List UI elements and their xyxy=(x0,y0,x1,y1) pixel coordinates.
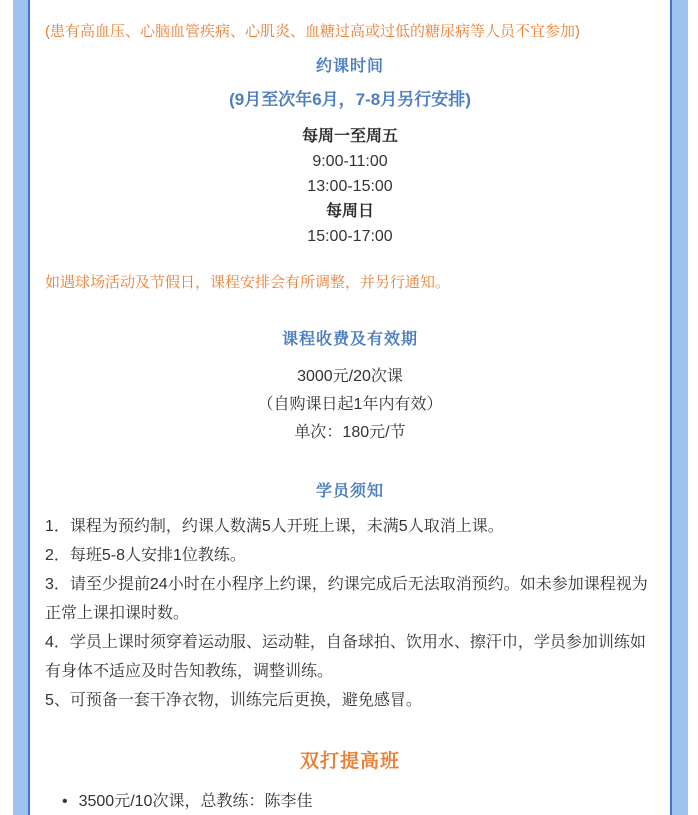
note-item-2: 2．每班5-8人安排1位教练。 xyxy=(45,541,655,570)
schedule-days-weekday: 每周一至周五 xyxy=(45,124,655,149)
price-package: 3000元/20次课 xyxy=(45,363,655,391)
schedule-days-sunday: 每周日 xyxy=(45,199,655,224)
note-item-4: 4．学员上课时须穿着运动服、运动鞋，自备球拍、饮用水、擦汗巾，学员参加训练如有身… xyxy=(45,628,655,686)
price-validity: （自购课日起1年内有效） xyxy=(45,391,655,419)
student-notes-heading: 学员须知 xyxy=(45,482,655,502)
article-content: (患有高血压、心脑血管疾病、心肌炎、血糖过高或过低的糖尿病等人员不宜参加) 约课… xyxy=(30,0,670,813)
student-notes-list: 1．课程为预约制，约课人数满5人开班上课，未满5人取消上课。 2．每班5-8人安… xyxy=(45,512,655,715)
bullet-icon: • xyxy=(62,791,68,813)
note-item-3: 3．请至少提前24小时在小程序上约课，约课完成后无法取消预约。如未参加课程视为正… xyxy=(45,570,655,628)
left-border-strip xyxy=(13,0,30,815)
booking-time-heading: 约课时间 xyxy=(45,57,655,77)
doubles-class-bullet-item: • 3500元/10次课，总教练：陈李佳 xyxy=(45,791,655,813)
note-item-5: 5、可预备一套干净衣物，训练完后更换，避免感冒。 xyxy=(45,686,655,715)
price-single-session: 单次：180元/节 xyxy=(45,419,655,447)
schedule-time-afternoon: 13:00-15:00 xyxy=(45,174,655,199)
health-warning-note: (患有高血压、心脑血管疾病、心肌炎、血糖过高或过低的糖尿病等人员不宜参加) xyxy=(45,22,655,42)
doubles-class-heading: 双打提高班 xyxy=(45,750,655,773)
schedule-block: 每周一至周五 9:00-11:00 13:00-15:00 每周日 15:00-… xyxy=(45,124,655,249)
adjustment-notice: 如遇球场活动及节假日，课程安排会有所调整，并另行通知。 xyxy=(45,273,655,293)
article-page: (患有高血压、心脑血管疾病、心肌炎、血糖过高或过低的糖尿病等人员不宜参加) 约课… xyxy=(0,0,698,815)
schedule-time-sunday: 15:00-17:00 xyxy=(45,224,655,249)
schedule-time-morning: 9:00-11:00 xyxy=(45,149,655,174)
right-border-strip xyxy=(670,0,688,815)
doubles-class-price-text: 3500元/10次课，总教练：陈李佳 xyxy=(79,791,313,813)
pricing-heading: 课程收费及有效期 xyxy=(45,330,655,350)
booking-season-subheading: (9月至次年6月，7-8月另行安排) xyxy=(45,89,655,111)
note-item-1: 1．课程为预约制，约课人数满5人开班上课，未满5人取消上课。 xyxy=(45,512,655,541)
pricing-block: 3000元/20次课 （自购课日起1年内有效） 单次：180元/节 xyxy=(45,363,655,447)
